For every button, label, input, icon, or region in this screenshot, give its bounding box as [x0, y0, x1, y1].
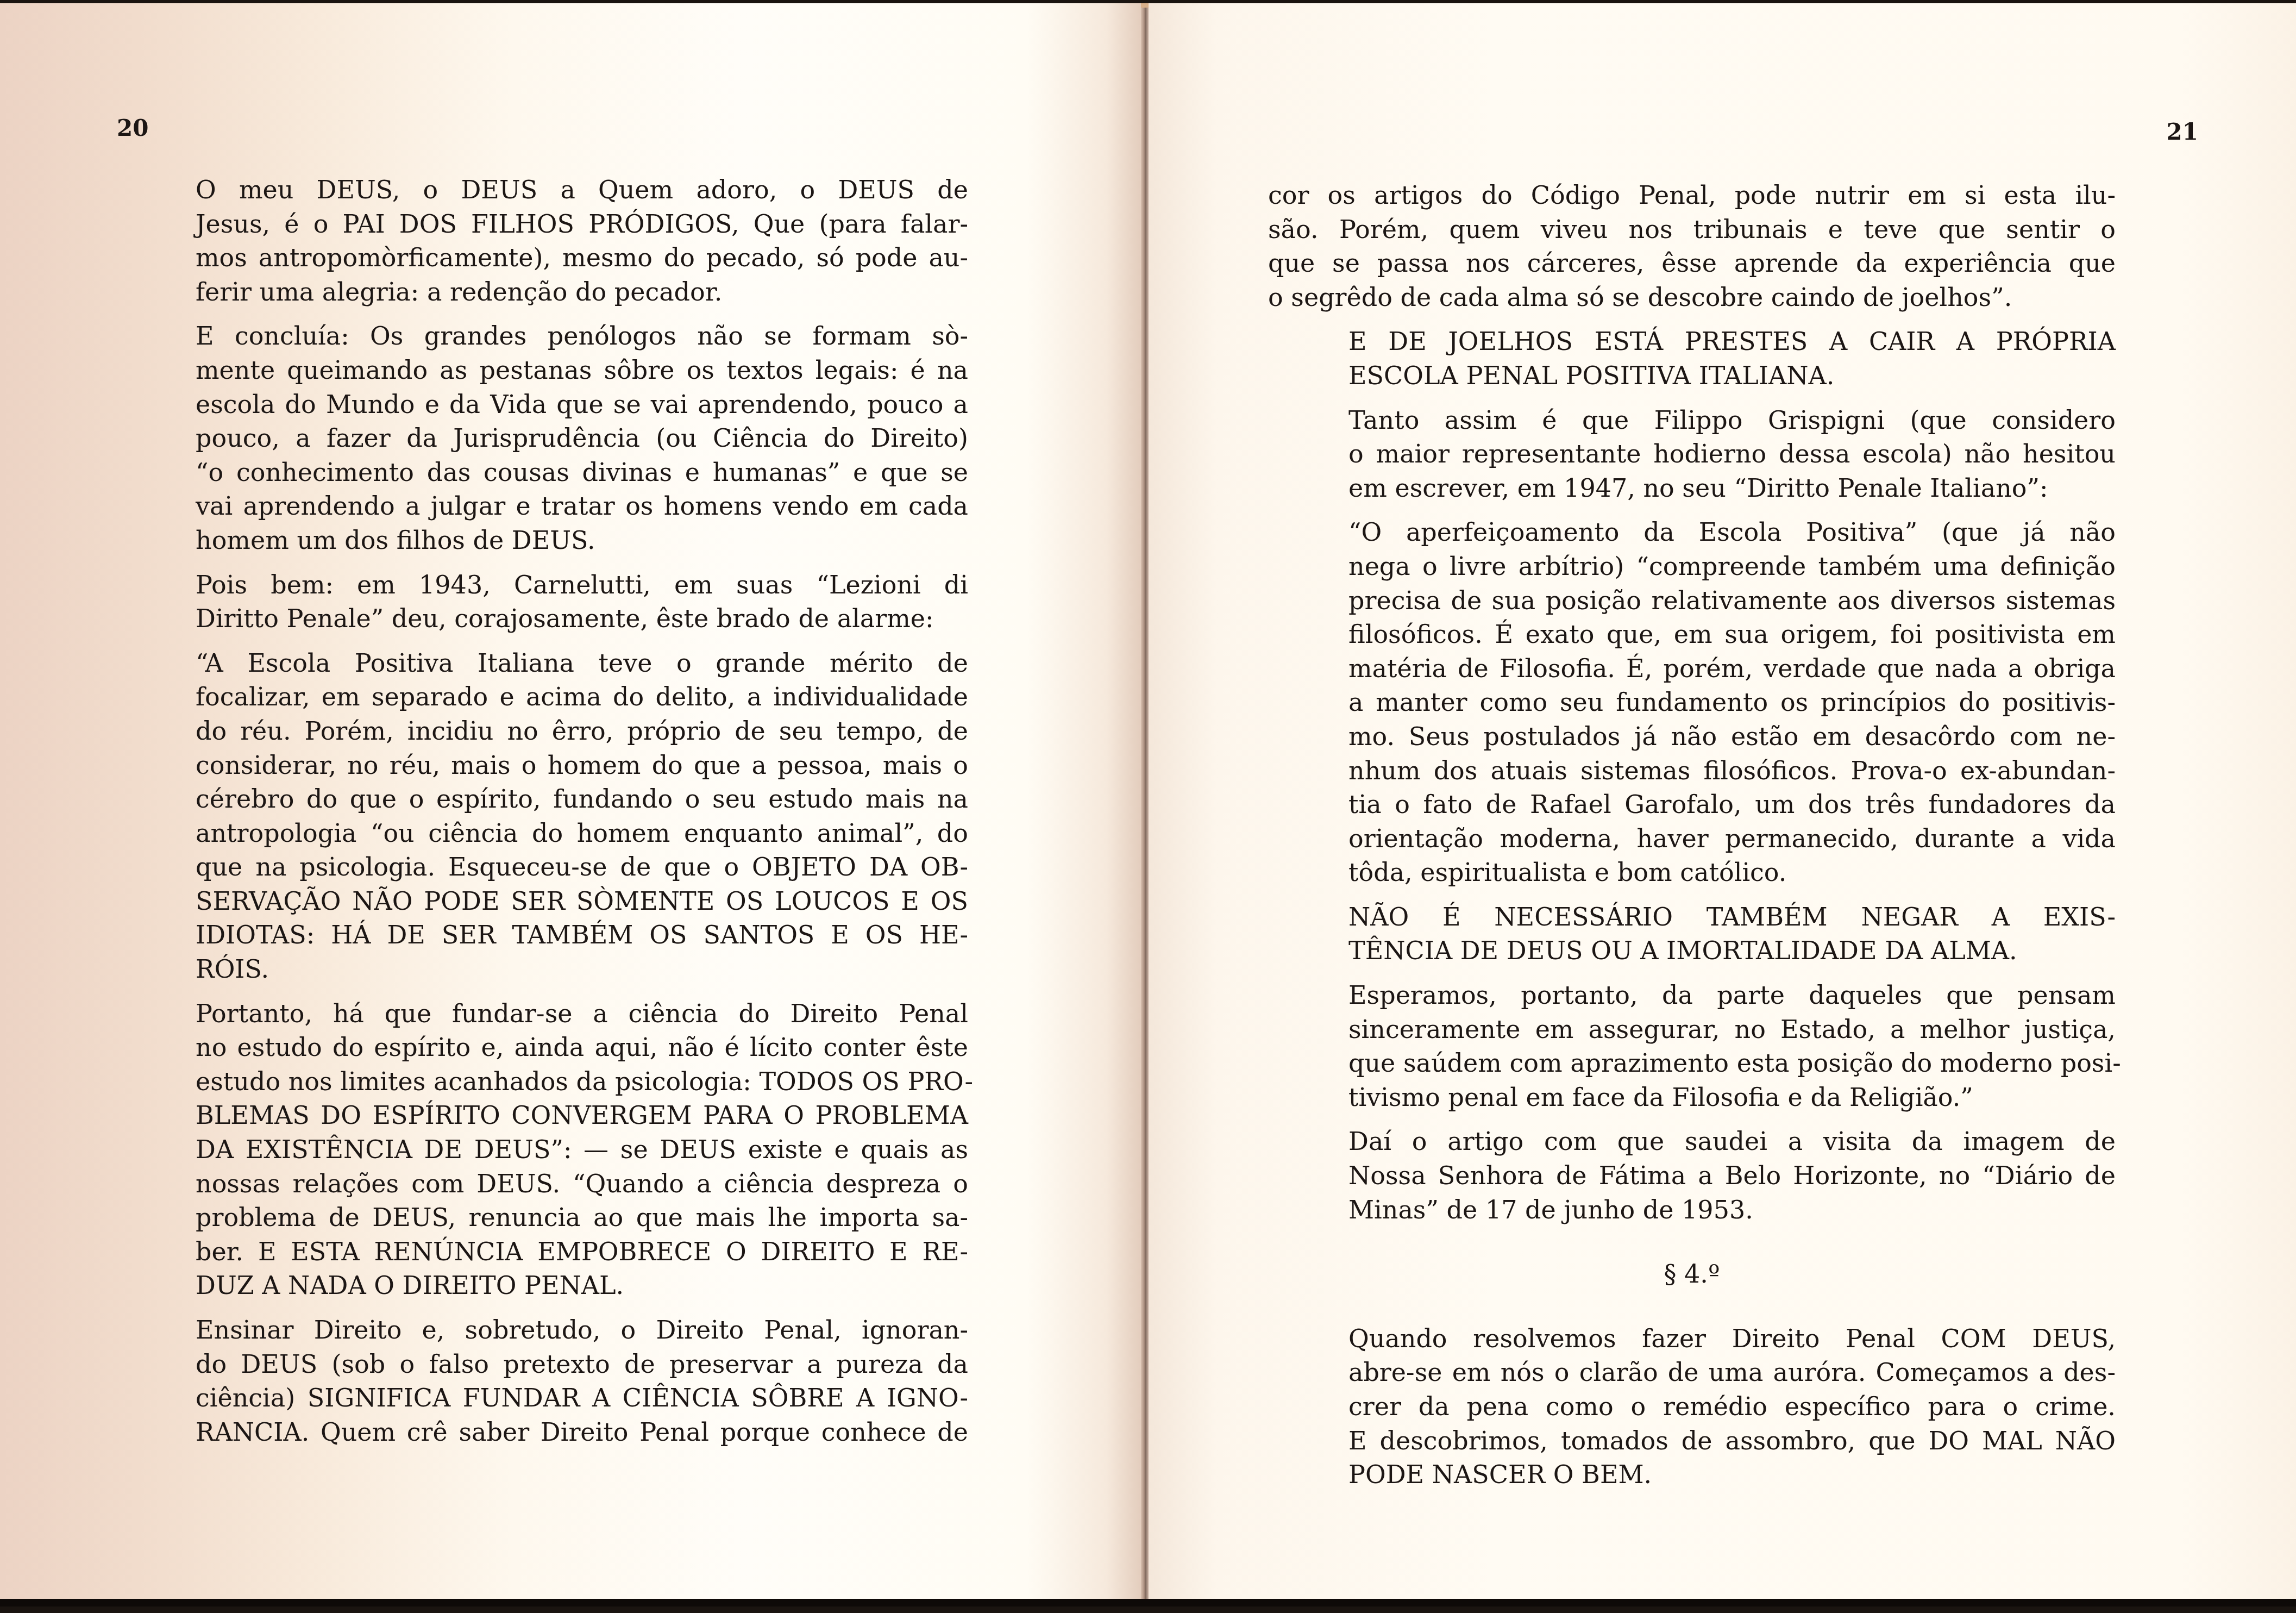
text-line: “A Escola Positiva Italiana teve o grand…: [115, 646, 968, 680]
text-line: que saúdem com aprazimento esta posição …: [1268, 1046, 2116, 1080]
page-number-left: 20: [117, 115, 148, 141]
text-line: cor os artigos do Código Penal, pode nut…: [1268, 178, 2116, 212]
paragraph: Portanto, há que fundar-se a ciência do …: [115, 997, 968, 1303]
book-gutter: [1141, 3, 1149, 1606]
text-line: BLEMAS DO ESPÍRITO CONVERGEM PARA O PROB…: [115, 1098, 968, 1133]
text-line: SERVAÇÃO NÃO PODE SER SÒMENTE OS LOUCOS …: [115, 884, 968, 918]
text-line: RANCIA. Quem crê saber Direito Penal por…: [115, 1415, 968, 1449]
text-line: escola do Mundo e da Vida que se vai apr…: [115, 387, 968, 422]
text-line: sinceramente em assegurar, no Estado, a …: [1268, 1012, 2116, 1047]
text-line: abre-se em nós o clarão de uma auróra. C…: [1268, 1355, 2116, 1390]
right-page-text: cor os artigos do Código Penal, pode nut…: [1268, 178, 2116, 1502]
text-line: mo. Seus postulados já não estão em desa…: [1268, 720, 2116, 754]
text-line: a manter como seu fundamento os princípi…: [1268, 685, 2116, 720]
text-line: considerar, no réu, mais o homem do que …: [115, 748, 968, 783]
text-line: são. Porém, quem viveu nos tribunais e t…: [1268, 212, 2116, 247]
text-line: PODE NASCER O BEM.: [1268, 1458, 2116, 1492]
text-line: RÓIS.: [115, 952, 968, 986]
right-page: 21 cor os artigos do Código Penal, pode …: [1149, 3, 2296, 1606]
text-line: Quando resolvemos fazer Direito Penal CO…: [1268, 1322, 2116, 1356]
text-line: E concluía: Os grandes penólogos não se …: [115, 319, 968, 353]
text-line: o segrêdo de cada alma só se descobre ca…: [1268, 280, 2116, 315]
text-line: do réu. Porém, incidiu no êrro, próprio …: [115, 714, 968, 748]
text-line: do DEUS (sob o falso pretexto de preserv…: [115, 1347, 968, 1381]
text-line: DUZ A NADA O DIREITO PENAL.: [115, 1268, 968, 1303]
text-line: Jesus, é o PAI DOS FILHOS PRÓDIGOS, Que …: [115, 207, 968, 241]
text-line: mos antropomòrficamente), mesmo do pecad…: [115, 241, 968, 275]
text-line: o maior representante hodierno dessa esc…: [1268, 437, 2116, 471]
paragraph: NÃO É NECESSÁRIO TAMBÉM NEGAR A EXIS-TÊN…: [1268, 900, 2116, 968]
text-line: antropologia “ou ciência do homem enquan…: [115, 816, 968, 851]
paragraph: Daí o artigo com que saudei a visita da …: [1268, 1124, 2116, 1227]
text-line: problema de DEUS, renuncia ao que mais l…: [115, 1201, 968, 1235]
paragraph: E DE JOELHOS ESTÁ PRESTES A CAIR A PRÓPR…: [1268, 324, 2116, 392]
text-line: nhum dos atuais sistemas filosóficos. Pr…: [1268, 754, 2116, 788]
text-line: nega o livre arbítrio) “compreende també…: [1268, 549, 2116, 584]
paragraph: E concluía: Os grandes penólogos não se …: [115, 319, 968, 557]
text-line: que na psicologia. Esqueceu-se de que o …: [115, 850, 968, 884]
text-line: tivismo penal em face da Filosofia e da …: [1268, 1080, 2116, 1115]
text-line: tôda, espiritualista e bom católico.: [1268, 855, 2116, 890]
text-line: crer da pena como o remédio específico p…: [1268, 1390, 2116, 1424]
paragraph: “A Escola Positiva Italiana teve o grand…: [115, 646, 968, 986]
text-line: Portanto, há que fundar-se a ciência do …: [115, 997, 968, 1031]
paragraph: O meu DEUS, o DEUS a Quem adoro, o DEUS …: [115, 173, 968, 309]
text-line: O meu DEUS, o DEUS a Quem adoro, o DEUS …: [115, 173, 968, 207]
section-heading: § 4.º: [1268, 1257, 2116, 1291]
left-page-text: O meu DEUS, o DEUS a Quem adoro, o DEUS …: [115, 173, 968, 1459]
text-line: ferir uma alegria: a redenção do pecador…: [115, 275, 968, 309]
text-line: estudo nos limites acanhados da psicolog…: [115, 1065, 968, 1099]
text-line: “O aperfeiçoamento da Escola Positiva” (…: [1268, 515, 2116, 549]
paragraph: “O aperfeiçoamento da Escola Positiva” (…: [1268, 515, 2116, 890]
text-line: ciência) SIGNIFICA FUNDAR A CIÊNCIA SÔBR…: [115, 1381, 968, 1415]
text-line: precisa de sua posição relativamente aos…: [1268, 584, 2116, 618]
text-line: matéria de Filosofia. É, porém, verdade …: [1268, 652, 2116, 686]
text-line: orientação moderna, haver permanecido, d…: [1268, 822, 2116, 856]
paragraph: cor os artigos do Código Penal, pode nut…: [1268, 178, 2116, 314]
paragraph: Quando resolvemos fazer Direito Penal CO…: [1268, 1322, 2116, 1492]
text-line: Ensinar Direito e, sobretudo, o Direito …: [115, 1313, 968, 1347]
text-line: nossas relações com DEUS. “Quando a ciên…: [115, 1167, 968, 1201]
text-line: em escrever, em 1947, no seu “Diritto Pe…: [1268, 471, 2116, 505]
paragraph: Esperamos, portanto, da parte daqueles q…: [1268, 978, 2116, 1114]
text-line: ESCOLA PENAL POSITIVA ITALIANA.: [1268, 359, 2116, 393]
text-line: ber. E ESTA RENÚNCIA EMPOBRECE O DIREITO…: [115, 1235, 968, 1269]
text-line: homem um dos filhos de DEUS.: [115, 523, 968, 558]
text-line: E descobrimos, tomados de assombro, que …: [1268, 1424, 2116, 1458]
text-line: tia o fato de Rafael Garofalo, um dos tr…: [1268, 787, 2116, 822]
text-line: Diritto Penale” deu, corajosamente, êste…: [115, 602, 968, 636]
text-line: Esperamos, portanto, da parte daqueles q…: [1268, 978, 2116, 1012]
text-line: NÃO É NECESSÁRIO TAMBÉM NEGAR A EXIS-: [1268, 900, 2116, 934]
book-spread: 20 O meu DEUS, o DEUS a Quem adoro, o DE…: [0, 3, 2296, 1606]
text-line: “o conhecimento das cousas divinas e hum…: [115, 455, 968, 490]
text-line: pouco, a fazer da Jurisprudência (ou Ciê…: [115, 421, 968, 455]
text-line: Pois bem: em 1943, Carnelutti, em suas “…: [115, 568, 968, 602]
text-line: TÊNCIA DE DEUS OU A IMORTALIDADE DA ALMA…: [1268, 934, 2116, 968]
text-line: filosóficos. É exato que, em sua origem,…: [1268, 617, 2116, 652]
paragraph: Ensinar Direito e, sobretudo, o Direito …: [115, 1313, 968, 1449]
text-line: vai aprendendo a julgar e tratar os home…: [115, 489, 968, 523]
text-line: Daí o artigo com que saudei a visita da …: [1268, 1124, 2116, 1159]
text-line: Minas” de 17 de junho de 1953.: [1268, 1193, 2116, 1227]
text-line: IDIOTAS: HÁ DE SER TAMBÉM OS SANTOS E OS…: [115, 918, 968, 952]
text-line: cérebro do que o espírito, fundando o se…: [115, 782, 968, 816]
text-line: que se passa nos cárceres, êsse aprende …: [1268, 246, 2116, 280]
left-page: 20 O meu DEUS, o DEUS a Quem adoro, o DE…: [0, 3, 1141, 1606]
text-line: focalizar, em separado e acima do delito…: [115, 680, 968, 714]
text-line: Nossa Senhora de Fátima a Belo Horizonte…: [1268, 1159, 2116, 1193]
text-line: Tanto assim é que Filippo Grispigni (que…: [1268, 403, 2116, 437]
book-bottom-edge: [0, 1599, 2296, 1606]
text-line: DA EXISTÊNCIA DE DEUS”: — se DEUS existe…: [115, 1133, 968, 1167]
text-line: no estudo do espírito e, ainda aqui, não…: [115, 1030, 968, 1065]
paragraph: Tanto assim é que Filippo Grispigni (que…: [1268, 403, 2116, 505]
text-line: mente queimando as pestanas sôbre os tex…: [115, 353, 968, 387]
paragraph: Pois bem: em 1943, Carnelutti, em suas “…: [115, 568, 968, 636]
page-number-right: 21: [2167, 118, 2198, 145]
text-line: E DE JOELHOS ESTÁ PRESTES A CAIR A PRÓPR…: [1268, 324, 2116, 359]
